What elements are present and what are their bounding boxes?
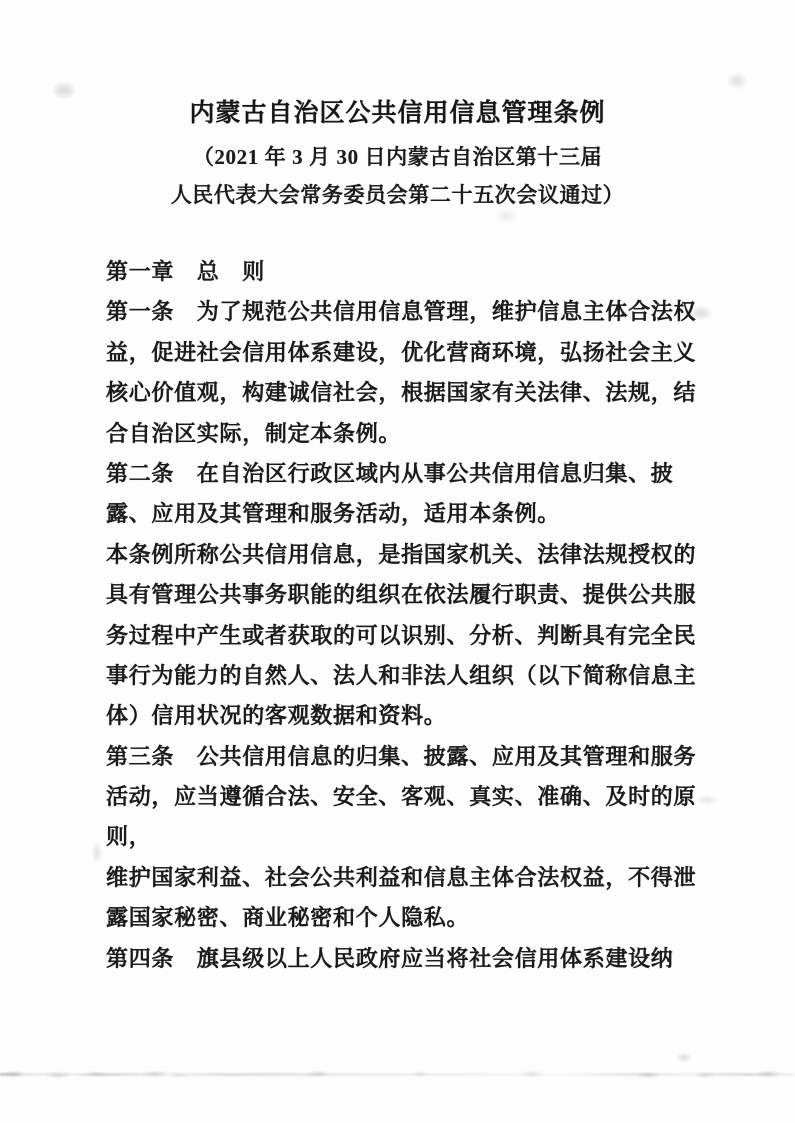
- document-subtitle-line-1: （2021 年 3 月 30 日内蒙古自治区第十三届: [0, 141, 795, 171]
- scan-streak-line: [0, 1073, 795, 1076]
- body-line: 本条例所称公共信用信息，是指国家机关、法律法规授权的: [106, 535, 706, 575]
- document-title: 内蒙古自治区公共信用信息管理条例: [0, 93, 795, 129]
- body-line: 事行为能力的自然人、法人和非法人组织（以下简称信息主: [106, 656, 706, 696]
- body-line: 务过程中产生或者获取的可以识别、分析、判断具有完全民: [106, 616, 706, 656]
- body-line: 合自治区实际，制定本条例。: [106, 414, 706, 454]
- body-line: 第一条 为了规范公共信用信息管理，维护信息主体合法权: [106, 292, 706, 332]
- body-line: 露、应用及其管理和服务活动，适用本条例。: [106, 494, 706, 534]
- scan-speck: [676, 1052, 692, 1063]
- body-line: 活动，应当遵循合法、安全、客观、真实、准确、及时的原: [106, 777, 706, 817]
- scan-streak-blobs: [0, 1068, 795, 1079]
- chapter-heading: 第一章 总 则: [106, 252, 706, 292]
- scan-smudge-below-subtitle: [494, 209, 518, 223]
- body-line: 核心价值观，构建诚信社会，根据国家有关法律、法规，结: [106, 373, 706, 413]
- body-line: 露国家秘密、商业秘密和个人隐私。: [106, 898, 706, 938]
- body-line: 维护国家利益、社会公共利益和信息主体合法权益，不得泄: [106, 858, 706, 898]
- scan-smudge-left-margin: [92, 842, 102, 864]
- body-line: 具有管理公共事务职能的组织在依法履行职责、提供公共服: [106, 575, 706, 615]
- document-body: 第一章 总 则 第一条 为了规范公共信用信息管理，维护信息主体合法权 益，促进社…: [106, 252, 706, 979]
- body-line: 第四条 旗县级以上人民政府应当将社会信用体系建设纳: [106, 939, 706, 979]
- body-line: 第二条 在自治区行政区域内从事公共信用信息归集、披: [106, 454, 706, 494]
- document-subtitle-line-2: 人民代表大会常务委员会第二十五次会议通过）: [0, 179, 795, 209]
- body-line: 则，: [106, 817, 706, 857]
- scan-smudge-top-right: [727, 73, 747, 89]
- scanned-document-page: 内蒙古自治区公共信用信息管理条例 （2021 年 3 月 30 日内蒙古自治区第…: [0, 0, 795, 1123]
- body-line: 益，促进社会信用体系建设，优化营商环境，弘扬社会主义: [106, 333, 706, 373]
- body-line: 体）信用状况的客观数据和资料。: [106, 696, 706, 736]
- body-line: 第三条 公共信用信息的归集、披露、应用及其管理和服务: [106, 737, 706, 777]
